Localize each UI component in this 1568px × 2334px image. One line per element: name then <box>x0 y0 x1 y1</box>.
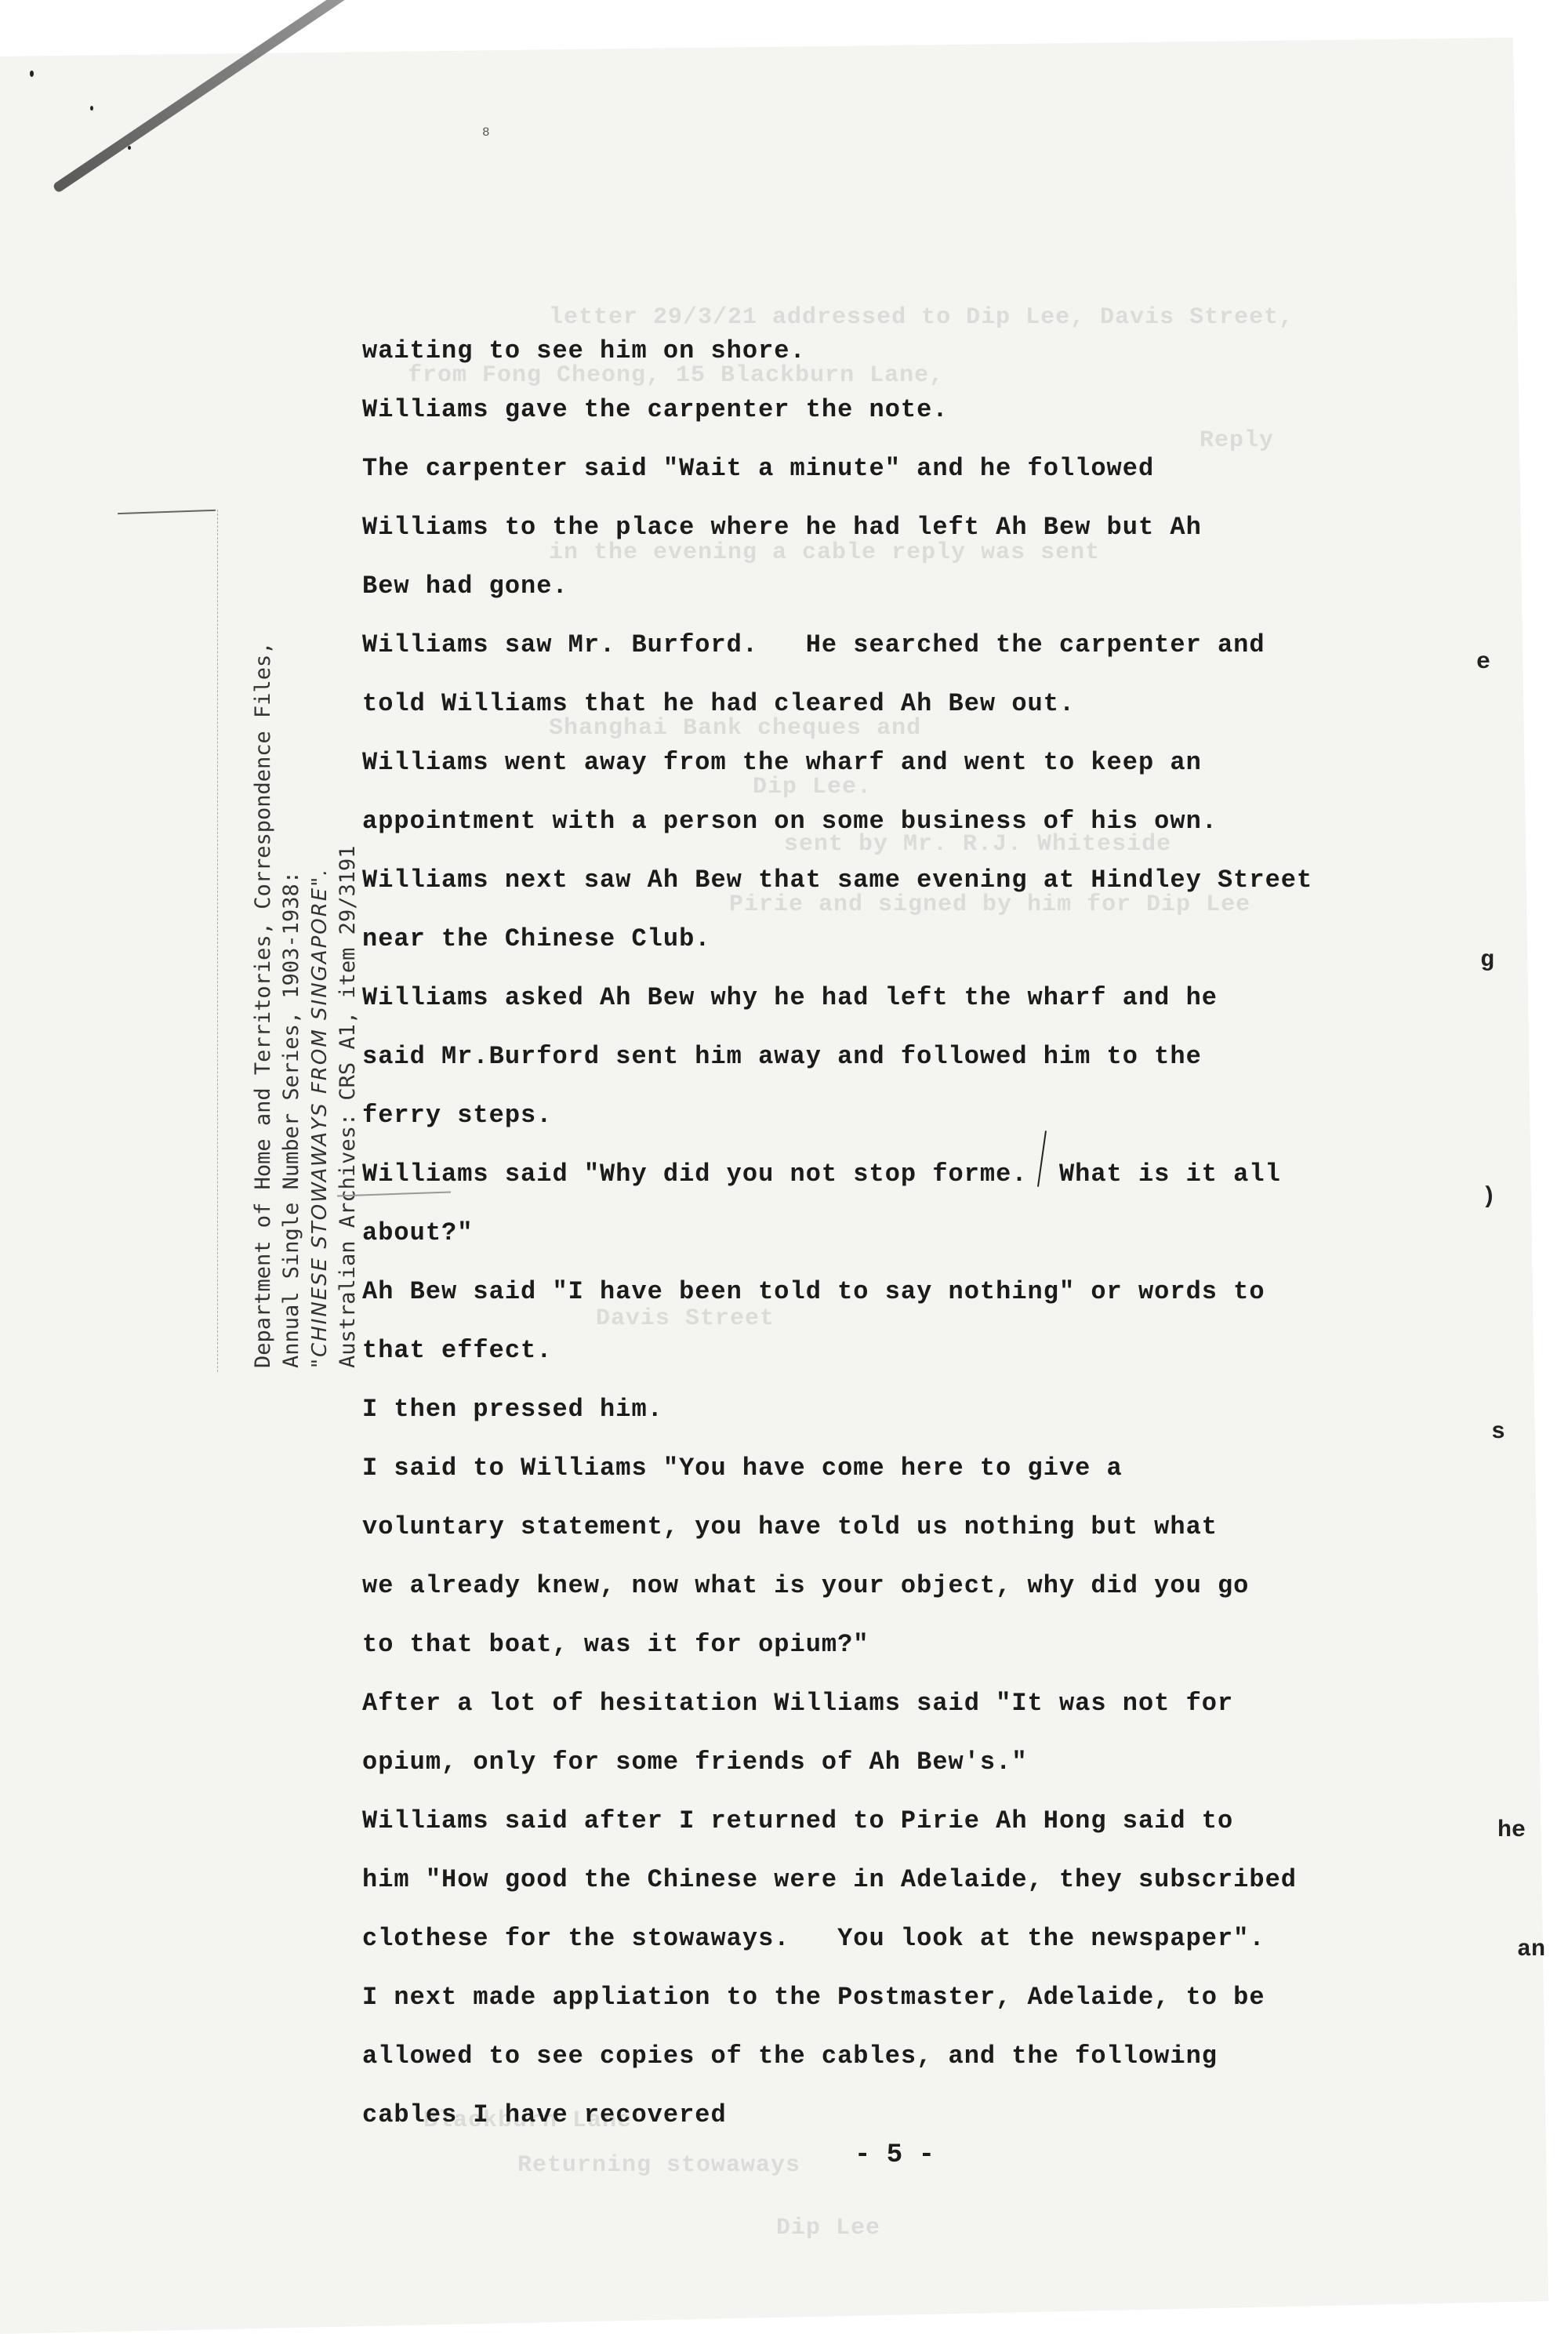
statement-line: Williams gave the carpenter the note. <box>362 380 1460 439</box>
statement-line: ferry steps. <box>362 1086 1460 1145</box>
archive-note-line: Australian Archives: CRS A1, item 29/319… <box>334 498 362 1368</box>
statement-line: allowed to see copies of the cables, and… <box>362 2027 1460 2085</box>
cut-off-text-fragment: e <box>1476 649 1490 676</box>
statement-line: Williams asked Ah Bew why he had left th… <box>362 968 1460 1027</box>
statement-line: I then pressed him. <box>362 1380 1460 1439</box>
archive-note-line: Department of Home and Territories, Corr… <box>249 498 278 1368</box>
cut-off-text-fragment: he <box>1497 1817 1526 1844</box>
statement-line: told Williams that he had cleared Ah Bew… <box>362 674 1460 733</box>
statement-line: him "How good the Chinese were in Adelai… <box>362 1850 1460 1909</box>
ink-speck <box>90 106 93 111</box>
ink-speck <box>128 146 131 150</box>
page-number: - 5 - <box>855 2140 935 2170</box>
statement-line: Ah Bew said "I have been told to say not… <box>362 1262 1460 1321</box>
cut-off-text-fragment: g <box>1480 947 1494 974</box>
top-page-mark: 8 <box>482 125 490 140</box>
statement-line: The carpenter said "Wait a minute" and h… <box>362 439 1460 498</box>
statement-line: that effect. <box>362 1321 1460 1380</box>
statement-line: appointment with a person on some busine… <box>362 792 1460 851</box>
cut-off-text-fragment: s <box>1491 1419 1505 1446</box>
statement-line: we already knew, now what is your object… <box>362 1556 1460 1615</box>
statement-line: about?" <box>362 1203 1460 1262</box>
statement-line: voluntary statement, you have told us no… <box>362 1497 1460 1556</box>
handwritten-title: "CHINESE STOWAWAYS FROM SINGAPORE". <box>306 498 334 1368</box>
cut-off-text-fragment: an <box>1517 1937 1545 1963</box>
bleed-through-text: Returning stowaways <box>517 2152 800 2179</box>
statement-line: I said to Williams "You have come here t… <box>362 1439 1460 1497</box>
statement-line: said Mr.Burford sent him away and follow… <box>362 1027 1460 1086</box>
bleed-through-text: Dip Lee <box>776 2215 880 2241</box>
statement-line: Williams to the place where he had left … <box>362 498 1460 557</box>
statement-line: near the Chinese Club. <box>362 909 1460 968</box>
cut-off-text-fragment: ) <box>1482 1184 1496 1211</box>
statement-line: Williams saw Mr. Burford. He searched th… <box>362 615 1460 674</box>
statement-line: Williams went away from the wharf and we… <box>362 733 1460 792</box>
archive-reference-note: Department of Home and Territories, Corr… <box>249 498 362 1368</box>
archive-note-line: Annual Single Number Series, 1903-1938: <box>278 498 306 1368</box>
fold-line <box>217 510 219 1372</box>
ink-speck <box>30 71 34 77</box>
statement-line: Williams next saw Ah Bew that same eveni… <box>362 851 1460 909</box>
statement-line: to that boat, was it for opium?" <box>362 1615 1460 1674</box>
statement-line: clothese for the stowaways. You look at … <box>362 1909 1460 1968</box>
typed-statement-body: waiting to see him on shore.Williams gav… <box>362 321 1460 2144</box>
statement-line: opium, only for some friends of Ah Bew's… <box>362 1733 1460 1791</box>
statement-line: Williams said "Why did you not stop form… <box>362 1145 1460 1203</box>
statement-line: Williams said after I returned to Pirie … <box>362 1791 1460 1850</box>
statement-line: After a lot of hesitation Williams said … <box>362 1674 1460 1733</box>
statement-line: cables I have recovered <box>362 2085 1460 2144</box>
statement-line: waiting to see him on shore. <box>362 321 1460 380</box>
statement-line: Bew had gone. <box>362 557 1460 615</box>
statement-line: I next made appliation to the Postmaster… <box>362 1968 1460 2027</box>
